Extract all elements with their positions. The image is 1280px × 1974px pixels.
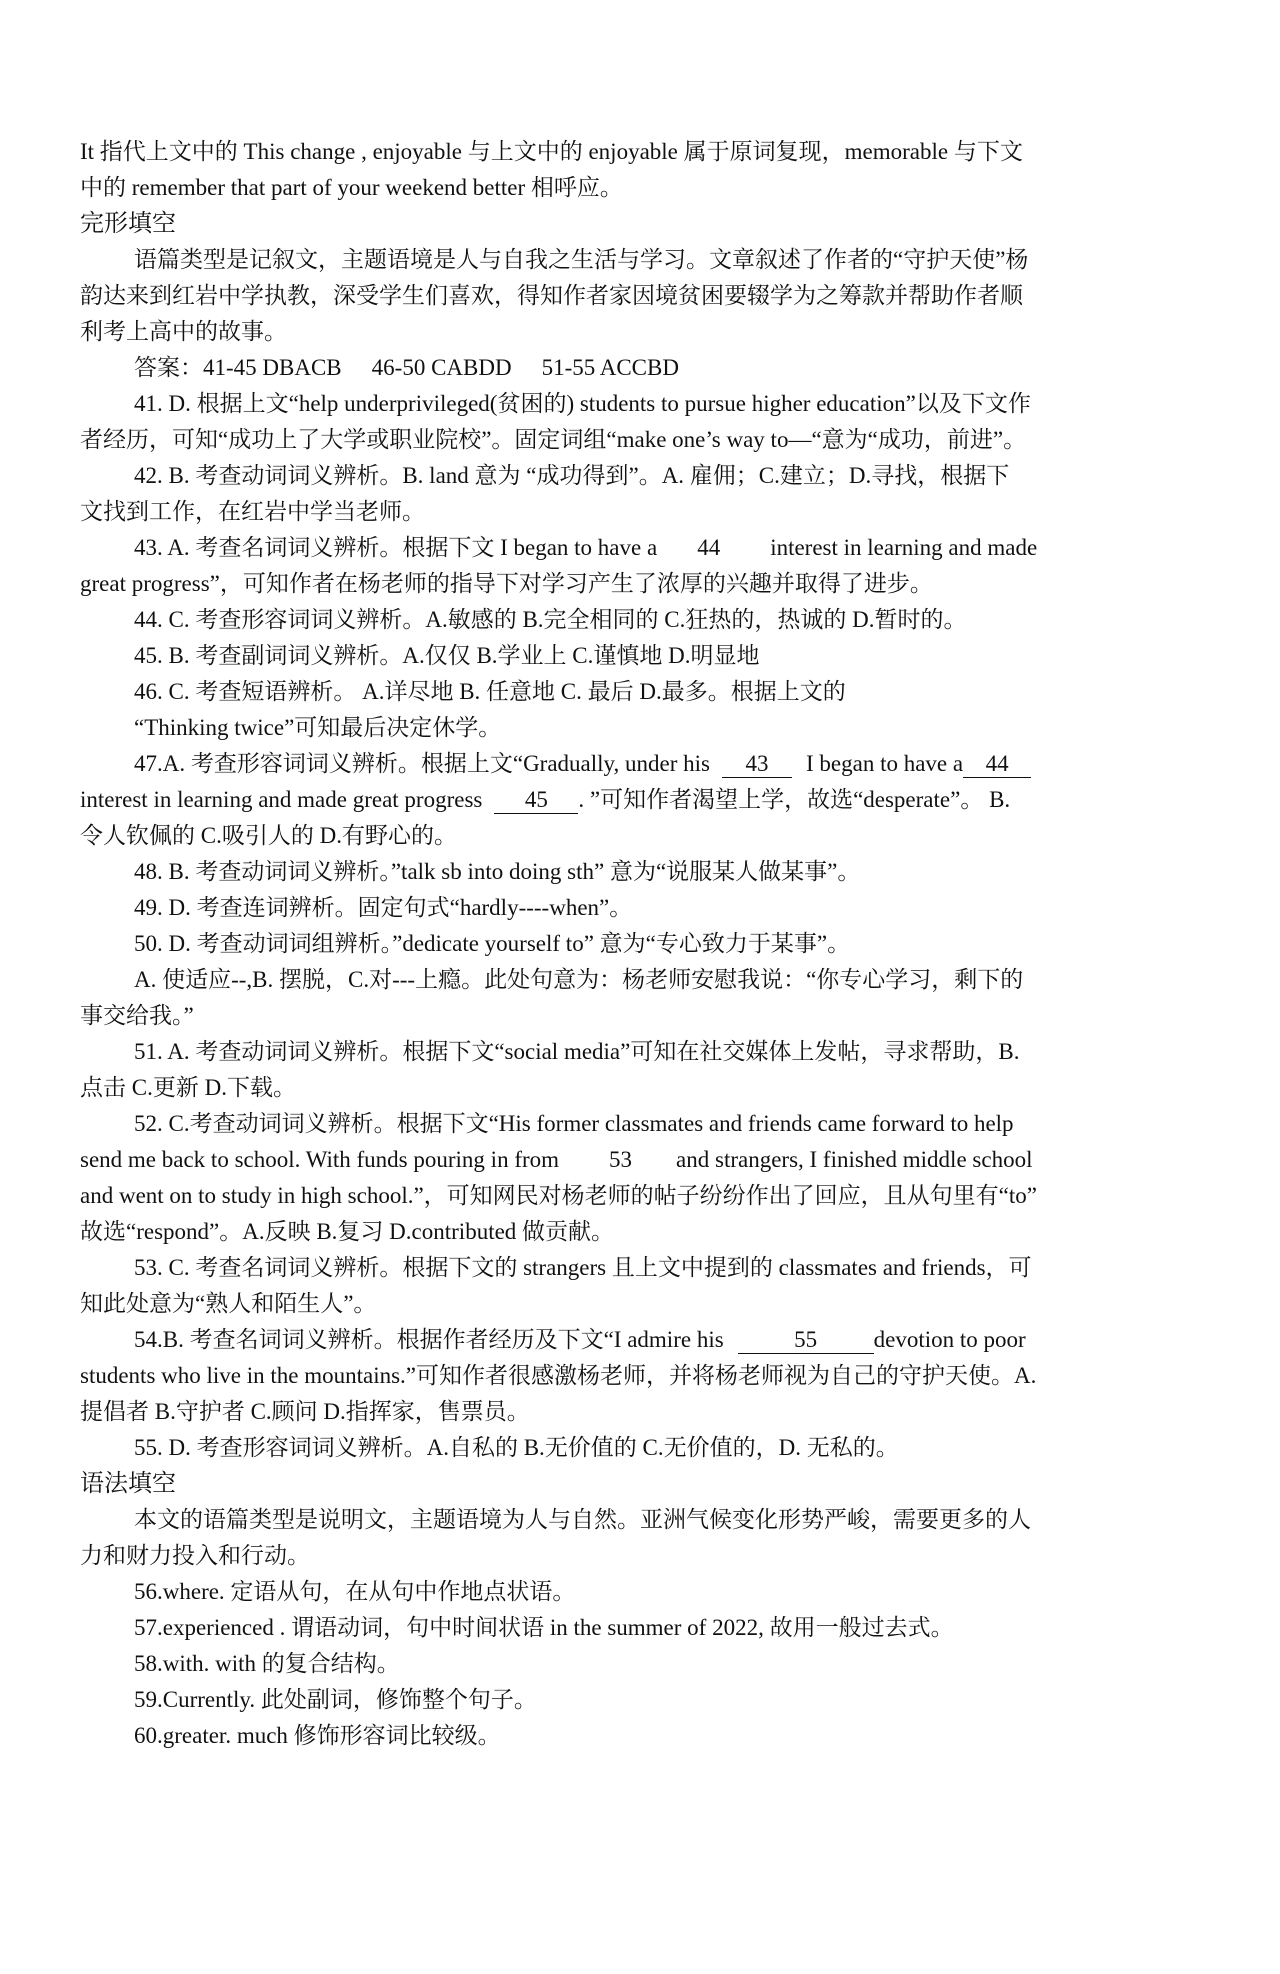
answer-key-group: 41-45 DBACB	[203, 355, 342, 380]
explanation-52-cont: and went on to study in high school.”，可知…	[80, 1178, 1240, 1214]
explanation-43: 43. A. 考查名词词义辨析。根据下文 I began to have a44…	[134, 530, 1240, 566]
explanation-52-cont: 故选“respond”。A.反映 B.复习 D.contributed 做贡献。	[80, 1214, 1240, 1250]
explanation-48: 48. B. 考查动词词义辨析。”talk sb into doing sth”…	[134, 854, 1240, 890]
answer-key: 答案：41-45 DBACB46-50 CABDD51-55 ACCBD	[134, 350, 1240, 386]
explanation-46: 46. C. 考查短语辨析。 A.详尽地 B. 任意地 C. 最后 D.最多。根…	[134, 674, 1240, 710]
explanation-47-cont: 令人钦佩的 C.吸引人的 D.有野心的。	[80, 818, 1240, 854]
explanation-55: 55. D. 考查形容词词义辨析。A.自私的 B.无价值的 C.无价值的，D. …	[134, 1430, 1240, 1466]
explanation-47-text: . ”可知作者渴望上学，故选“desperate”。 B.	[578, 787, 1010, 812]
grammar-summary-line: 力和财力投入和行动。	[80, 1538, 1240, 1574]
explanation-43-text: 43. A. 考查名词词义辨析。根据下文 I began to have a	[134, 535, 657, 560]
explanation-54-text: devotion to poor	[874, 1327, 1026, 1352]
explanation-47-text: interest in learning and made great prog…	[80, 787, 482, 812]
explanation-42-cont: 文找到工作，在红岩中学当老师。	[80, 494, 1240, 530]
blank-43: 43	[722, 751, 792, 778]
explanation-41-cont: 者经历，可知“成功上了大学或职业院校”。固定词组“make one’s way …	[80, 422, 1240, 458]
explanation-52-text: send me back to school. With funds pouri…	[80, 1147, 559, 1172]
explanation-53-cont: 知此处意为“熟人和陌生人”。	[80, 1286, 1240, 1322]
explanation-54: 54.B. 考查名词词义辨析。根据作者经历及下文“I admire his55d…	[134, 1322, 1240, 1358]
grammar-answer-56: 56.where. 定语从句，在从句中作地点状语。	[134, 1574, 1240, 1610]
explanation-51: 51. A. 考查动词词义辨析。根据下文“social media”可知在社交媒…	[134, 1034, 1240, 1070]
explanation-52: 52. C.考查动词词义辨析。根据下文“His former classmate…	[134, 1106, 1240, 1142]
explanation-54-cont: 提倡者 B.守护者 C.顾问 D.指挥家，售票员。	[80, 1394, 1240, 1430]
intro-line: It 指代上文中的 This change , enjoyable 与上文中的 …	[80, 134, 1240, 170]
explanation-49: 49. D. 考查连词辨析。固定句式“hardly----when”。	[134, 890, 1240, 926]
cloze-summary-line: 韵达来到红岩中学执教，深受学生们喜欢，得知作者家因境贫困要辍学为之筹款并帮助作者…	[80, 278, 1240, 314]
section-heading-cloze: 完形填空	[80, 206, 1240, 242]
grammar-answer-59: 59.Currently. 此处副词，修饰整个句子。	[134, 1682, 1240, 1718]
blank-44: 44	[963, 751, 1031, 778]
grammar-answer-60: 60.greater. much 修饰形容词比较级。	[134, 1718, 1240, 1754]
explanation-47-text: 47.A. 考查形容词词义辨析。根据上文“Gradually, under hi…	[134, 751, 710, 776]
blank-number: 53	[609, 1147, 632, 1172]
explanation-54-text: 54.B. 考查名词词义辨析。根据作者经历及下文“I admire his	[134, 1327, 724, 1352]
explanation-41: 41. D. 根据上文“help underprivileged(贫困的) st…	[134, 386, 1240, 422]
answer-explanation-page: It 指代上文中的 This change , enjoyable 与上文中的 …	[0, 0, 1280, 1974]
explanation-51-cont: 点击 C.更新 D.下载。	[80, 1070, 1240, 1106]
explanation-43-cont: great progress”，可知作者在杨老师的指导下对学习产生了浓厚的兴趣并…	[80, 566, 1240, 602]
explanation-44: 44. C. 考查形容词词义辨析。A.敏感的 B.完全相同的 C.狂热的，热诚的…	[134, 602, 1240, 638]
blank-45: 45	[494, 787, 578, 814]
explanation-47-text: I began to have a	[806, 751, 963, 776]
grammar-answer-58: 58.with. with 的复合结构。	[134, 1646, 1240, 1682]
explanation-42: 42. B. 考查动词词义辨析。B. land 意为 “成功得到”。A. 雇佣；…	[134, 458, 1240, 494]
explanation-47: 47.A. 考查形容词词义辨析。根据上文“Gradually, under hi…	[134, 746, 1240, 782]
cloze-summary-line: 语篇类型是记叙文，主题语境是人与自我之生活与学习。文章叙述了作者的“守护天使”杨	[134, 242, 1240, 278]
explanation-43-text: interest in learning and made	[770, 535, 1037, 560]
cloze-summary-line: 利考上高中的故事。	[80, 314, 1240, 350]
explanation-52-cont: send me back to school. With funds pouri…	[80, 1142, 1240, 1178]
answer-key-label: 答案：	[134, 355, 203, 380]
explanation-52-text: and strangers, I finished middle school	[676, 1147, 1032, 1172]
section-heading-grammar: 语法填空	[80, 1466, 1240, 1502]
answer-key-group: 46-50 CABDD	[372, 355, 512, 380]
explanation-50-cont: A. 使适应--,B. 摆脱，C.对---上瘾。此处句意为：杨老师安慰我说：“你…	[134, 962, 1240, 998]
blank-55: 55	[738, 1327, 874, 1354]
explanation-54-cont: students who live in the mountains.”可知作者…	[80, 1358, 1240, 1394]
explanation-53: 53. C. 考查名词词义辨析。根据下文的 strangers 且上文中提到的 …	[134, 1250, 1240, 1286]
intro-line: 中的 remember that part of your weekend be…	[80, 170, 1240, 206]
grammar-answer-57: 57.experienced . 谓语动词，句中时间状语 in the summ…	[134, 1610, 1240, 1646]
explanation-50: 50. D. 考查动词词组辨析。”dedicate yourself to” 意…	[134, 926, 1240, 962]
explanation-50-cont: 事交给我。”	[80, 998, 1240, 1034]
blank-number: 44	[697, 535, 720, 560]
explanation-47-cont: interest in learning and made great prog…	[80, 782, 1240, 818]
grammar-summary-line: 本文的语篇类型是说明文，主题语境为人与自然。亚洲气候变化形势严峻，需要更多的人	[134, 1502, 1240, 1538]
explanation-46-cont: “Thinking twice”可知最后决定休学。	[134, 710, 1240, 746]
explanation-45: 45. B. 考查副词词义辨析。A.仅仅 B.学业上 C.谨慎地 D.明显地	[134, 638, 1240, 674]
answer-key-group: 51-55 ACCBD	[542, 355, 679, 380]
